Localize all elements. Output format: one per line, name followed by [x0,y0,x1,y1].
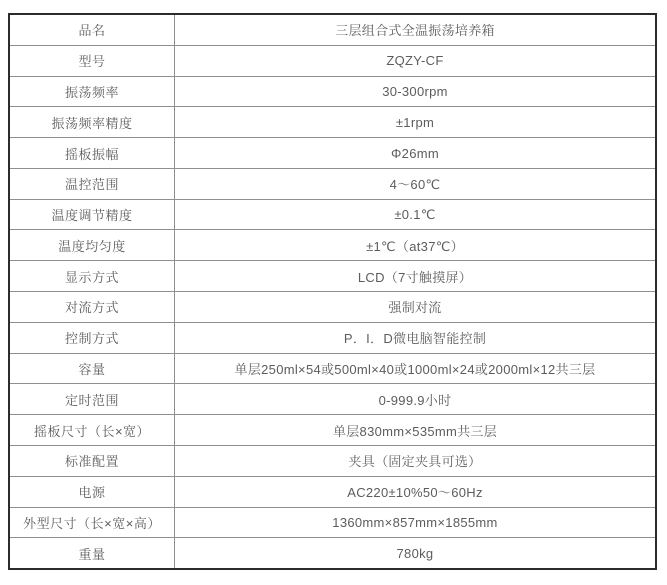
spec-value-cell: 三层组合式全温振荡培养箱 [175,15,655,45]
spec-value-cell: ZQZY-CF [175,46,655,76]
spec-value-cell: ±1rpm [175,107,655,137]
spec-label-cell: 重量 [10,538,175,568]
spec-value-cell: 780kg [175,538,655,568]
spec-value-cell: 夹具（固定夹具可选） [175,446,655,476]
spec-label-cell: 振荡频率精度 [10,107,175,137]
spec-label-cell: 标准配置 [10,446,175,476]
table-row: 温度均匀度 ±1℃（at37℃） [10,230,655,261]
table-row: 控制方式 P．I．D微电脑智能控制 [10,323,655,354]
spec-label-cell: 控制方式 [10,323,175,353]
spec-value-cell: 4～60℃ [175,169,655,199]
table-row: 品名 三层组合式全温振荡培养箱 [10,15,655,46]
table-row: 振荡频率精度 ±1rpm [10,107,655,138]
spec-value-cell: 单层830mm×535mm共三层 [175,415,655,445]
table-row: 显示方式 LCD（7寸触摸屏） [10,261,655,292]
table-row: 温度调节精度 ±0.1℃ [10,200,655,231]
spec-value-cell: ±0.1℃ [175,200,655,230]
table-row: 型号 ZQZY-CF [10,46,655,77]
spec-value-cell: AC220±10%50～60Hz [175,477,655,507]
table-row: 定时范围 0-999.9小时 [10,384,655,415]
spec-label-cell: 摇板振幅 [10,138,175,168]
table-row: 外型尺寸（长×宽×高） 1360mm×857mm×1855mm [10,508,655,539]
table-row: 标准配置 夹具（固定夹具可选） [10,446,655,477]
spec-value-cell: ±1℃（at37℃） [175,230,655,260]
table-row: 容量 单层250ml×54或500ml×40或1000ml×24或2000ml×… [10,354,655,385]
table-row: 电源 AC220±10%50～60Hz [10,477,655,508]
spec-label-cell: 定时范围 [10,384,175,414]
table-row: 对流方式 强制对流 [10,292,655,323]
table-row: 振荡频率 30-300rpm [10,77,655,108]
spec-value-cell: LCD（7寸触摸屏） [175,261,655,291]
table-row: 摇板尺寸（长×宽） 单层830mm×535mm共三层 [10,415,655,446]
spec-value-cell: 单层250ml×54或500ml×40或1000ml×24或2000ml×12共… [175,354,655,384]
spec-value-cell: P．I．D微电脑智能控制 [175,323,655,353]
spec-value-cell: 30-300rpm [175,77,655,107]
table-row: 摇板振幅 Φ26mm [10,138,655,169]
spec-label-cell: 型号 [10,46,175,76]
spec-label-cell: 对流方式 [10,292,175,322]
table-row: 重量 780kg [10,538,655,568]
spec-value-cell: Φ26mm [175,138,655,168]
spec-label-cell: 电源 [10,477,175,507]
spec-value-cell: 1360mm×857mm×1855mm [175,508,655,538]
spec-label-cell: 温度均匀度 [10,230,175,260]
spec-label-cell: 品名 [10,15,175,45]
spec-label-cell: 显示方式 [10,261,175,291]
spec-label-cell: 温度调节精度 [10,200,175,230]
spec-label-cell: 摇板尺寸（长×宽） [10,415,175,445]
spec-value-cell: 强制对流 [175,292,655,322]
spec-label-cell: 外型尺寸（长×宽×高） [10,508,175,538]
spec-label-cell: 振荡频率 [10,77,175,107]
spec-label-cell: 温控范围 [10,169,175,199]
spec-value-cell: 0-999.9小时 [175,384,655,414]
table-row: 温控范围 4～60℃ [10,169,655,200]
product-spec-table: 品名 三层组合式全温振荡培养箱 型号 ZQZY-CF 振荡频率 30-300rp… [8,13,657,570]
spec-label-cell: 容量 [10,354,175,384]
